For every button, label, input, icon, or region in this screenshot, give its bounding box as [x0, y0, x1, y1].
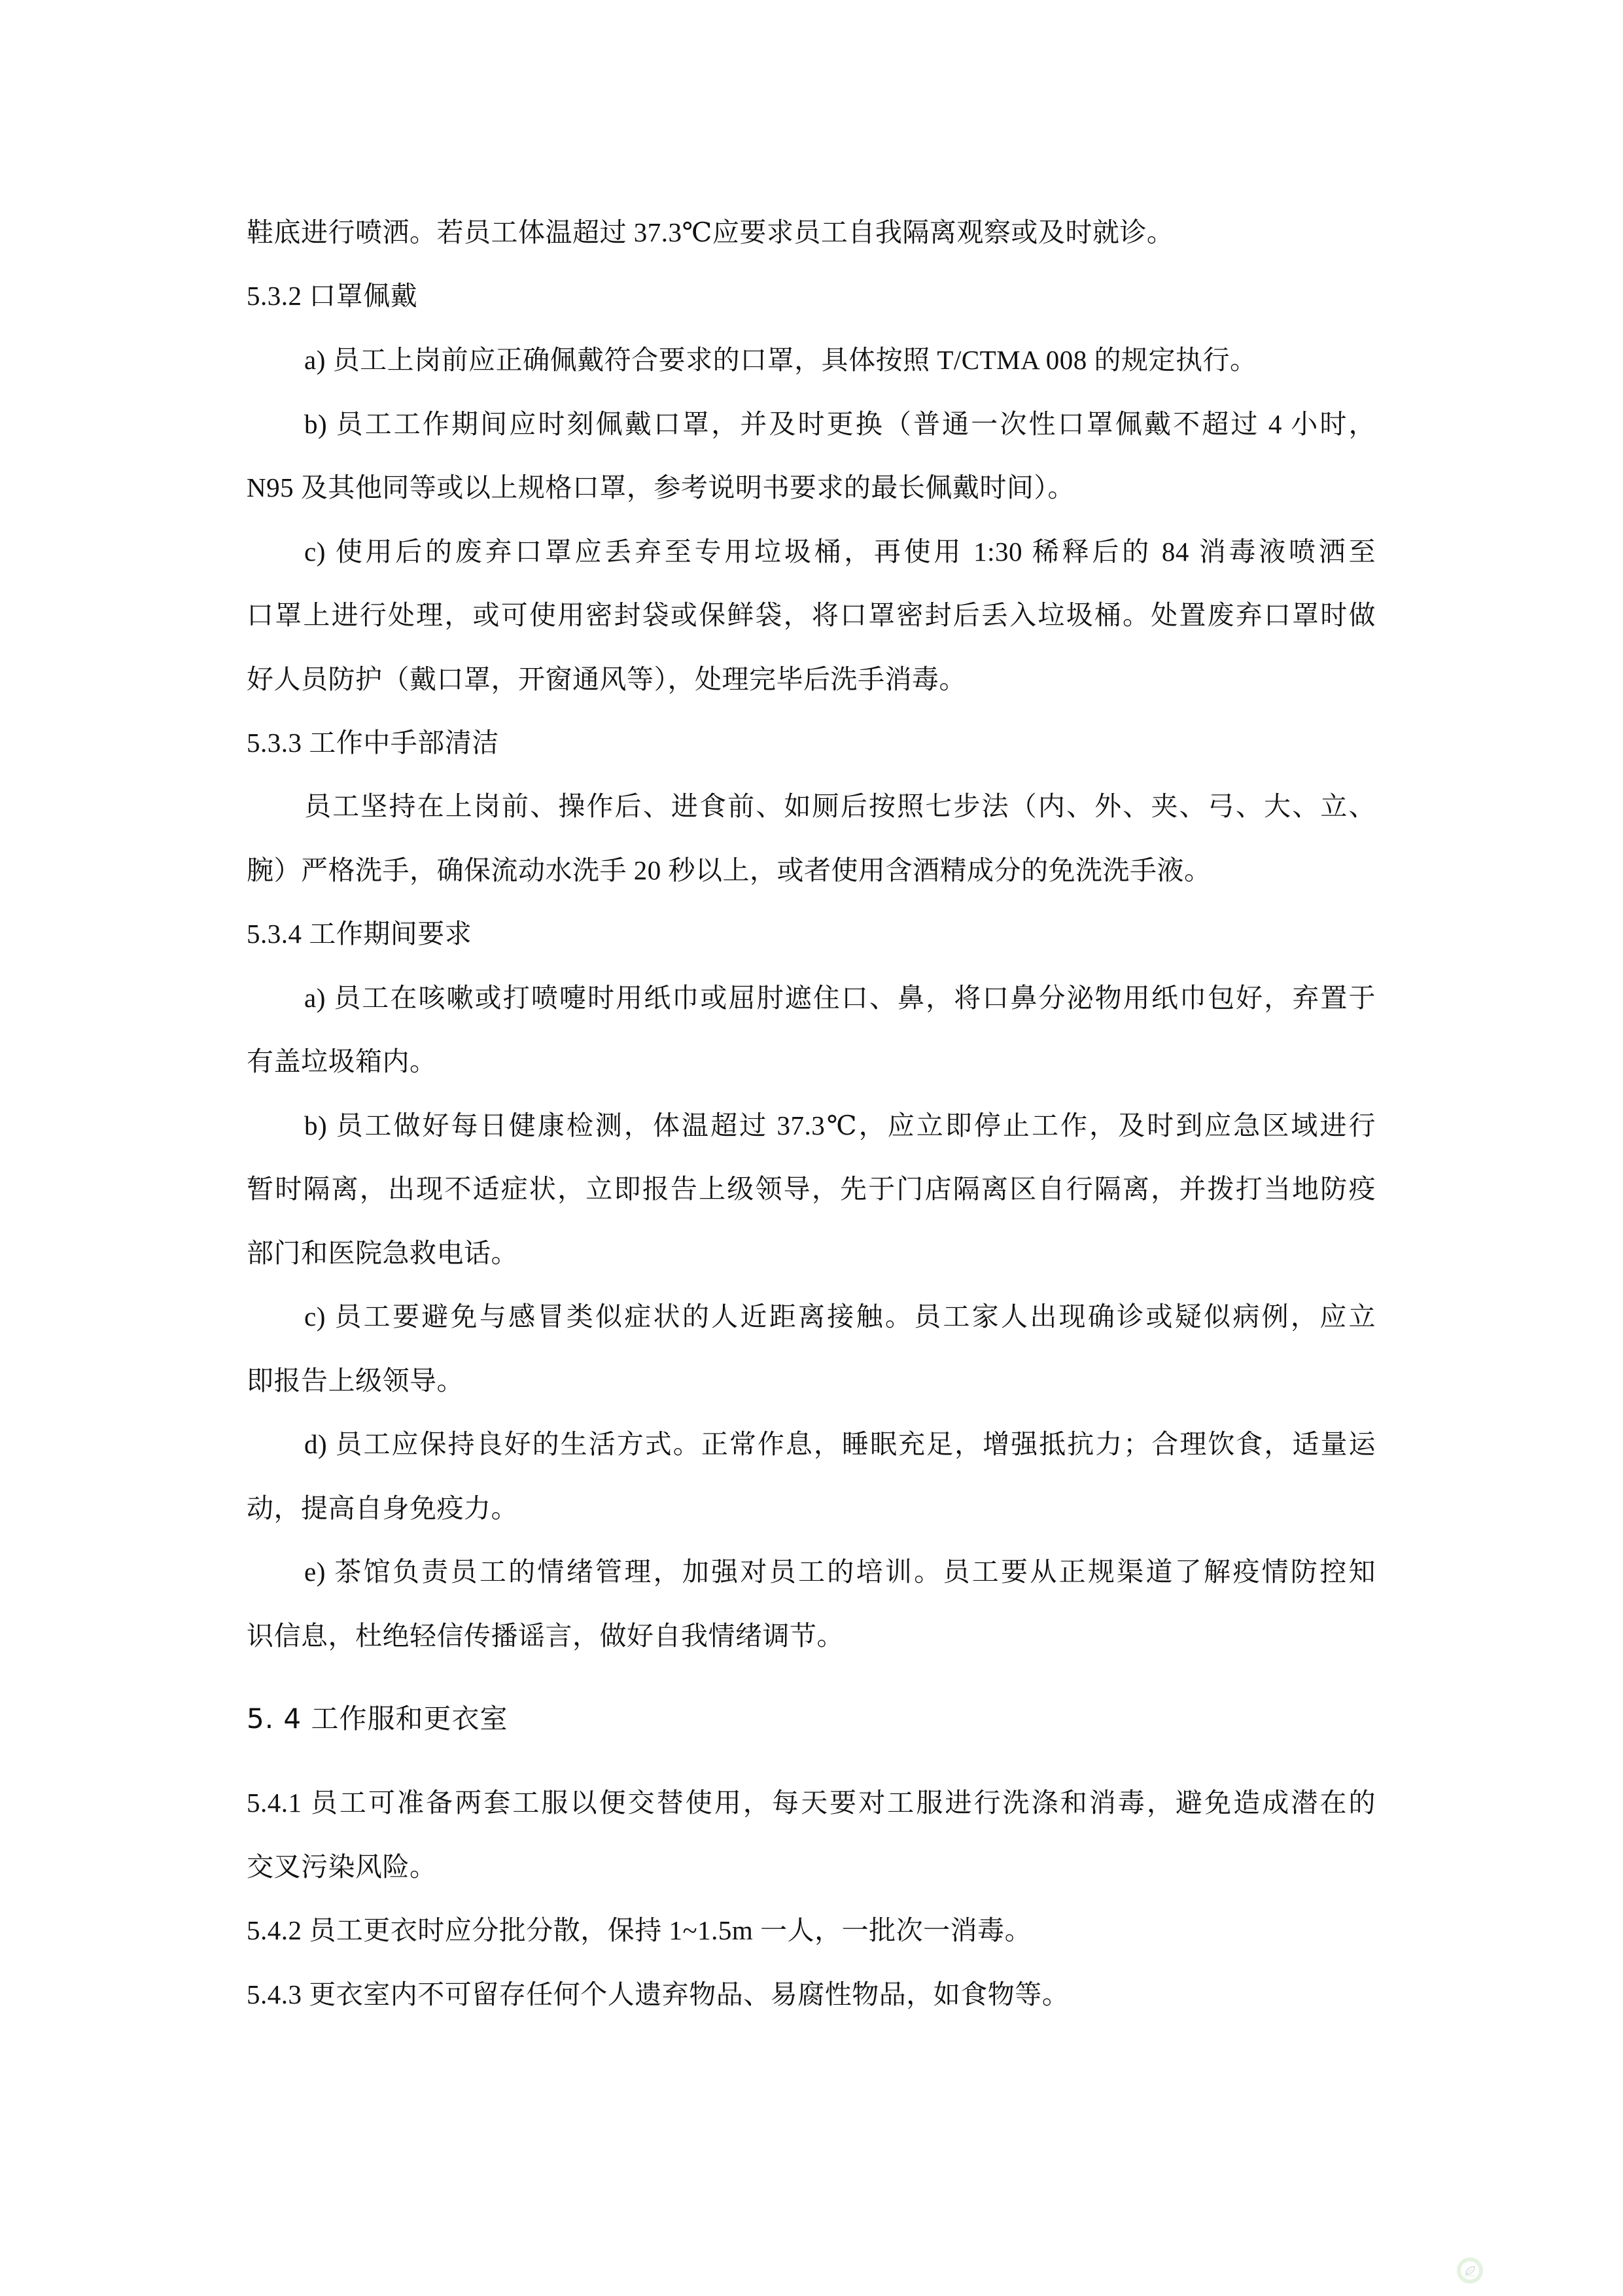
- clause-5-4-2: 5.4.2 员工更衣时应分批分散，保持 1~1.5m 一人，一批次一消毒。: [247, 1911, 1376, 1950]
- body-line: 口罩上进行处理，或可使用密封袋或保鲜袋，将口罩密封后丢入垃圾桶。处置废弃口罩时做: [247, 595, 1376, 635]
- paragraph-handwash: 员工坚持在上岗前、操作后、进食前、如厕后按照七步法（内、外、夹、弓、大、立、: [304, 786, 1376, 826]
- body-line: 交叉污染风险。: [247, 1847, 1376, 1886]
- document-page: 鞋底进行喷洒。若员工体温超过 37.3℃应要求员工自我隔离观察或及时就诊。 5.…: [0, 0, 1623, 2296]
- list-item-c: c) 使用后的废弃口罩应丢弃至专用垃圾桶，再使用 1:30 稀释后的 84 消毒…: [304, 532, 1376, 571]
- body-line: 有盖垃圾箱内。: [247, 1042, 1376, 1081]
- clause-heading-5-3-3: 5.3.3 工作中手部清洁: [247, 723, 1376, 762]
- body-line: 好人员防护（戴口罩，开窗通风等），处理完毕后洗手消毒。: [247, 660, 1376, 699]
- body-line: 即报告上级领导。: [247, 1361, 1376, 1400]
- list-item-d: d) 员工应保持良好的生活方式。正常作息，睡眠充足，增强抵抗力；合理饮食，适量运: [304, 1424, 1376, 1464]
- list-item-c: c) 员工要避免与感冒类似症状的人近距离接触。员工家人出现确诊或疑似病例，应立: [304, 1297, 1376, 1336]
- clause-heading-5-3-4: 5.3.4 工作期间要求: [247, 914, 1376, 953]
- clause-5-4-1: 5.4.1 员工可准备两套工服以便交替使用，每天要对工服进行洗涤和消毒，避免造成…: [247, 1783, 1376, 1822]
- body-line: 部门和医院急救电话。: [247, 1233, 1376, 1273]
- list-item-b: b) 员工工作期间应时刻佩戴口罩，并及时更换（普通一次性口罩佩戴不超过 4 小时…: [304, 404, 1376, 444]
- body-line: 识信息，杜绝轻信传播谣言，做好自我情绪调节。: [247, 1616, 1376, 1655]
- body-line: 动，提高自身免疫力。: [247, 1489, 1376, 1528]
- list-item-b: b) 员工做好每日健康检测，体温超过 37.3℃，应立即停止工作，及时到应急区域…: [304, 1106, 1376, 1145]
- body-line: 鞋底进行喷洒。若员工体温超过 37.3℃应要求员工自我隔离观察或及时就诊。: [247, 213, 1376, 252]
- clause-5-4-3: 5.4.3 更衣室内不可留存任何个人遗弃物品、易腐性物品，如食物等。: [247, 1975, 1376, 2014]
- section-heading-5-4: 5. 4 工作服和更衣室: [247, 1699, 1376, 1739]
- leaf-logo-icon: [1456, 2257, 1484, 2284]
- list-item-a: a) 员工上岗前应正确佩戴符合要求的口罩，具体按照 T/CTMA 008 的规定…: [304, 340, 1376, 380]
- list-item-a: a) 员工在咳嗽或打喷嚏时用纸巾或屈肘遮住口、鼻，将口鼻分泌物用纸巾包好，弃置于: [304, 978, 1376, 1017]
- list-item-e: e) 茶馆负责员工的情绪管理，加强对员工的培训。员工要从正规渠道了解疫情防控知: [304, 1552, 1376, 1591]
- body-line: 腕）严格洗手，确保流动水洗手 20 秒以上，或者使用含酒精成分的免洗洗手液。: [247, 851, 1376, 890]
- body-line: 暂时隔离，出现不适症状，立即报告上级领导，先于门店隔离区自行隔离，并拨打当地防疫: [247, 1169, 1376, 1209]
- body-line: N95 及其他同等或以上规格口罩，参考说明书要求的最长佩戴时间）。: [247, 468, 1376, 507]
- clause-heading-5-3-2: 5.3.2 口罩佩戴: [247, 276, 1376, 315]
